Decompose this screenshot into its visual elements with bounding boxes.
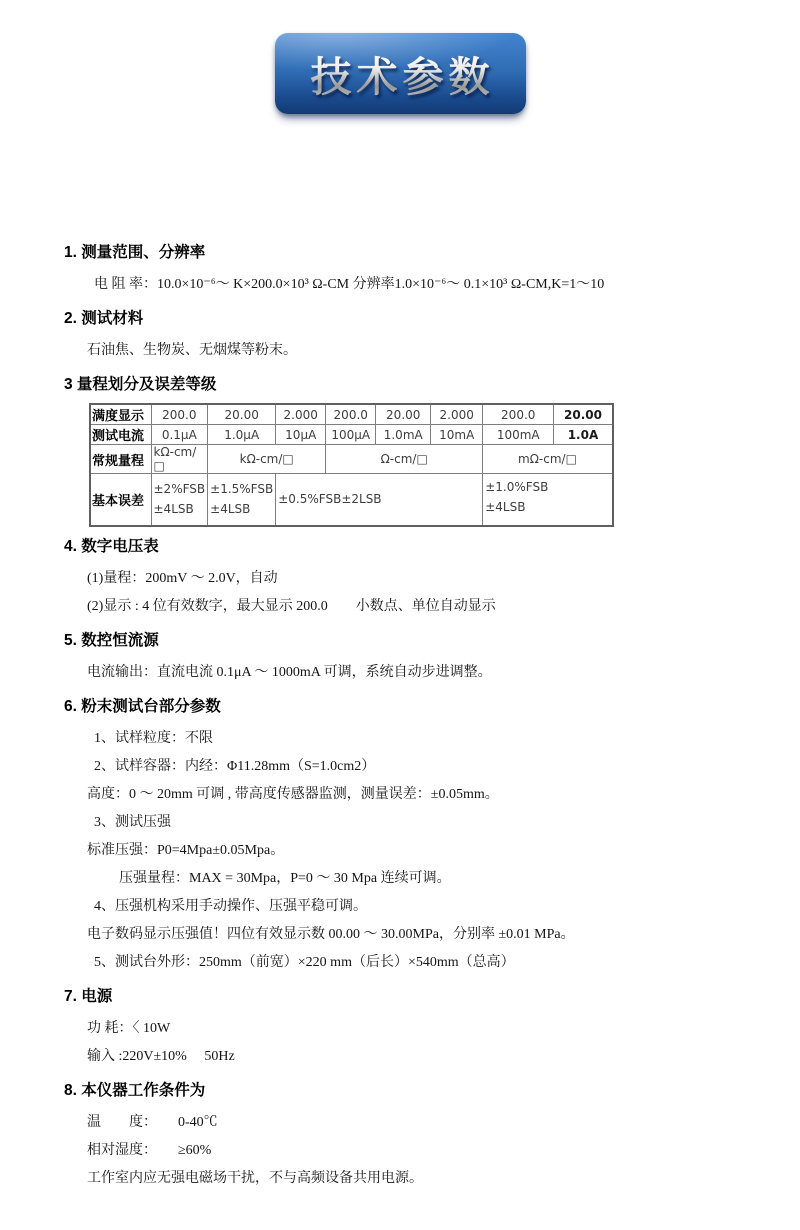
banner-title: 技术参数 xyxy=(306,44,495,103)
row-label: 满度显示 xyxy=(90,404,151,425)
spec-line-humidity: 相对湿度： ≥60% xyxy=(64,1137,750,1165)
spec-content: 1. 测量范围、分辨率 电 阻 率：10.0×10⁻⁶～ K×200.0×10³… xyxy=(0,114,800,1193)
table-cell: 100μA xyxy=(326,425,376,445)
spec-line-temperature: 温 度： 0-40℃ xyxy=(64,1109,750,1137)
table-row-test-current: 测试电流 0.1μA 1.0μA 10μA 100μA 1.0mA 10mA 1… xyxy=(90,425,613,445)
spec-line-resistivity: 电 阻 率：10.0×10⁻⁶～ K×200.0×10³ Ω-CM 分辨率1.0… xyxy=(64,271,750,299)
spec-line-test-pressure: 3、测试压强 xyxy=(64,809,750,837)
table-cell: 10μA xyxy=(276,425,326,445)
table-cell: 2.000 xyxy=(276,404,326,425)
table-cell: 1.0A xyxy=(554,425,613,445)
table-row-full-scale: 满度显示 200.0 20.00 2.000 200.0 20.00 2.000… xyxy=(90,404,613,425)
section-heading: 2. 测试材料 xyxy=(64,308,750,330)
table-cell: Ω-cm/□ xyxy=(326,445,483,474)
section-power-supply: 7. 电源 功 耗：〈 10W 输入 :220V±10% 50Hz xyxy=(64,986,750,1071)
table-cell: mΩ-cm/□ xyxy=(483,445,613,474)
table-cell: 200.0 xyxy=(326,404,376,425)
table-cell: 1.0μA xyxy=(208,425,276,445)
table-cell: kΩ-cm/□ xyxy=(151,445,208,474)
section-digital-voltmeter: 4. 数字电压表 (1)量程：200mV ～ 2.0V，自动 (2)显示 : 4… xyxy=(64,536,750,621)
table-cell: 100mA xyxy=(483,425,554,445)
section-heading: 8. 本仪器工作条件为 xyxy=(64,1080,750,1102)
table-cell: 0.1μA xyxy=(151,425,208,445)
spec-line-particle-size: 1、试样粒度：不限 xyxy=(64,725,750,753)
error-value-line: ±4LSB xyxy=(154,499,206,519)
table-cell: 20.00 xyxy=(554,404,613,425)
table-cell: 2.000 xyxy=(431,404,483,425)
spec-line-current-output: 电流输出：直流电流 0.1μA ～ 1000mA 可调，系统自动步进调整。 xyxy=(64,659,750,687)
spec-line-power-consumption: 功 耗：〈 10W xyxy=(64,1015,750,1043)
spec-line-environment: 工作室内应无强电磁场干扰，不与高频设备共用电源。 xyxy=(64,1165,750,1193)
table-cell: ±0.5%FSB±2LSB xyxy=(276,474,483,526)
section-powder-test-bench: 6. 粉末测试台部分参数 1、试样粒度：不限 2、试样容器：内经：Φ11.28m… xyxy=(64,696,750,977)
section-constant-current-source: 5. 数控恒流源 电流输出：直流电流 0.1μA ～ 1000mA 可调，系统自… xyxy=(64,630,750,687)
section-range-error-grades: 3 量程划分及误差等级 满度显示 200.0 20.00 2.000 200.0… xyxy=(64,374,750,527)
spec-line-bench-dimensions: 5、测试台外形：250mm（前宽）×220 mm（后长）×540mm（总高） xyxy=(64,949,750,977)
section-heading: 7. 电源 xyxy=(64,986,750,1008)
table-cell: 200.0 xyxy=(151,404,208,425)
error-value-line: ±1.5%FSB xyxy=(210,479,273,499)
spec-line-pressure-mechanism: 4、压强机构采用手动操作、压强平稳可调。 xyxy=(64,893,750,921)
spec-line-digital-pressure-display: 电子数码显示压强值！四位有效显示数 00.00 ～ 30.00MPa，分别率 ±… xyxy=(64,921,750,949)
section-test-materials: 2. 测试材料 石油焦、生物炭、无烟煤等粉末。 xyxy=(64,308,750,365)
range-error-table: 满度显示 200.0 20.00 2.000 200.0 20.00 2.000… xyxy=(89,403,614,527)
error-value-line: ±0.5%FSB±2LSB xyxy=(278,489,480,509)
error-value-line: ±2%FSB xyxy=(154,479,206,499)
section-heading: 3 量程划分及误差等级 xyxy=(64,374,750,396)
table-cell: ±1.5%FSB ±4LSB xyxy=(208,474,276,526)
spec-line-materials: 石油焦、生物炭、无烟煤等粉末。 xyxy=(64,337,750,365)
spec-line-sample-container: 2、试样容器：内经：Φ11.28mm（S=1.0cm2） xyxy=(64,753,750,781)
error-value-line: ±4LSB xyxy=(210,499,273,519)
section-measurement-range: 1. 测量范围、分辨率 电 阻 率：10.0×10⁻⁶～ K×200.0×10³… xyxy=(64,242,750,299)
row-label: 基本误差 xyxy=(90,474,151,526)
spec-line-height: 高度：0 ～ 20mm 可调 , 带高度传感器监测，测量误差：±0.05mm。 xyxy=(64,781,750,809)
table-cell: 1.0mA xyxy=(376,425,431,445)
row-label: 测试电流 xyxy=(90,425,151,445)
section-heading: 6. 粉末测试台部分参数 xyxy=(64,696,750,718)
spec-line-pressure-range: 压强量程：MAX = 30Mpa，P=0 ～ 30 Mpa 连续可调。 xyxy=(64,865,750,893)
table-cell: 20.00 xyxy=(208,404,276,425)
table-cell: 10mA xyxy=(431,425,483,445)
section-working-conditions: 8. 本仪器工作条件为 温 度： 0-40℃ 相对湿度： ≥60% 工作室内应无… xyxy=(64,1080,750,1193)
row-label: 常规量程 xyxy=(90,445,151,474)
table-row-basic-error: 基本误差 ±2%FSB ±4LSB ±1.5%FSB ±4LSB ±0.5%FS… xyxy=(90,474,613,526)
table-row-normal-range: 常规量程 kΩ-cm/□ kΩ-cm/□ Ω-cm/□ mΩ-cm/□ xyxy=(90,445,613,474)
tech-params-banner: 技术参数 xyxy=(275,33,526,114)
error-value-line: ±1.0%FSB xyxy=(485,477,610,497)
table-cell: 200.0 xyxy=(483,404,554,425)
spec-line-standard-pressure: 标准压强：P0=4Mpa±0.05Mpa。 xyxy=(64,837,750,865)
error-value-line: ±4LSB xyxy=(485,497,610,517)
spec-line-power-input: 输入 :220V±10% 50Hz xyxy=(64,1043,750,1071)
spec-line-voltmeter-range: (1)量程：200mV ～ 2.0V，自动 xyxy=(64,565,750,593)
table-cell: 20.00 xyxy=(376,404,431,425)
table-cell: ±2%FSB ±4LSB xyxy=(151,474,208,526)
table-cell: kΩ-cm/□ xyxy=(208,445,326,474)
table-cell: ±1.0%FSB ±4LSB xyxy=(483,474,613,526)
section-heading: 1. 测量范围、分辨率 xyxy=(64,242,750,264)
spec-line-voltmeter-display: (2)显示 : 4 位有效数字，最大显示 200.0 小数点、单位自动显示 xyxy=(64,593,750,621)
banner-container: 技术参数 xyxy=(0,0,800,114)
section-heading: 5. 数控恒流源 xyxy=(64,630,750,652)
section-heading: 4. 数字电压表 xyxy=(64,536,750,558)
